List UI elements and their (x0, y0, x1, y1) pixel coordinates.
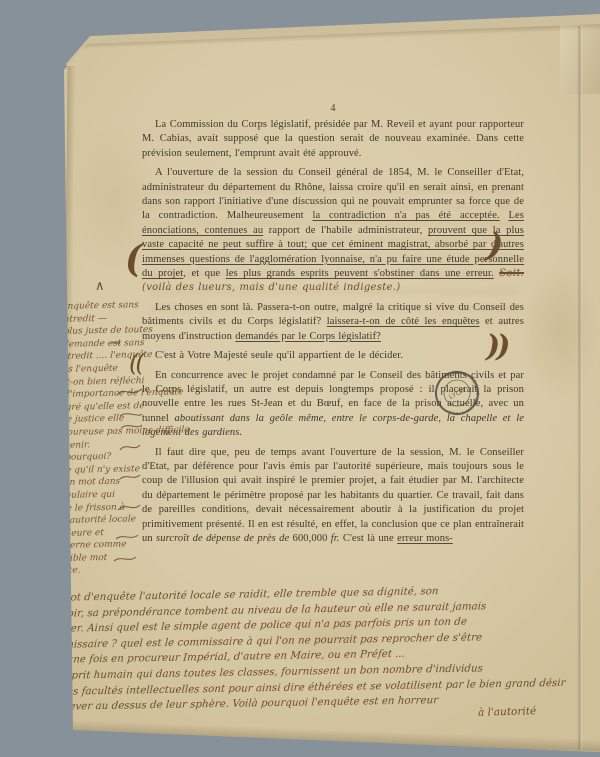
text-run: 600,000 (289, 533, 330, 544)
double-closing-paren-mark: )) (486, 332, 506, 362)
ink-squiggle (118, 470, 142, 484)
document-page: 4 La Commission du Corps législatif, pré… (0, 0, 600, 757)
paragraph-2: A l'ouverture de la session du Conseil g… (142, 166, 524, 296)
ink-squiggle (114, 530, 140, 544)
underlined-text: les plus grands esprits peuvent s'obstin… (226, 268, 494, 279)
ink-squiggle (118, 410, 144, 432)
italic-text: fr. (331, 533, 340, 544)
ink-squiggle (118, 440, 142, 454)
arrow-mark: → (110, 337, 121, 350)
italic-text: surcroît de dépense de près de (156, 533, 289, 544)
stamp-center-text: LYON (448, 387, 467, 401)
ink-squiggle (115, 384, 145, 400)
handwritten-inline-note: (voilà des lueurs, mais d'une qualité in… (142, 282, 400, 293)
paragraph-1: La Commission du Corps législatif, prési… (142, 118, 524, 161)
underlined-text: erreur mons- (397, 533, 453, 544)
paragraph-3: Les choses en sont là. Passera-t-on outr… (142, 301, 524, 344)
paper-edge-bottom (70, 720, 600, 751)
underlined-text: demandés par le Corps législatif? (235, 331, 381, 342)
handwritten-bottom-note: Au mot d'enquête l'autorité locale se ra… (35, 581, 592, 715)
caret-mark: ∧ (95, 280, 105, 293)
ink-squiggle (116, 500, 142, 514)
printed-text-column: La Commission du Corps législatif, prési… (142, 118, 524, 551)
text-run: , et que (183, 268, 225, 279)
page-number: 4 (142, 103, 524, 114)
opening-paren-mark: ( (125, 240, 142, 278)
scanned-document-photo: 4 La Commission du Corps législatif, pré… (0, 0, 600, 757)
underlined-text: laissera-t-on de côté les enquêtes (327, 316, 480, 327)
text-run: C'est là une (340, 533, 398, 544)
underlined-text: la contradiction n'a pas été acceptée. (312, 210, 499, 221)
handwritten-bottom-signoff: à l'autorité (478, 705, 537, 719)
text-run: C'est à Votre Majesté seule qu'il appart… (155, 350, 403, 361)
text-run: rapport de l'habile administrateur, (263, 225, 428, 236)
text-run: La Commission du Corps législatif, prési… (142, 119, 524, 159)
paragraph-6: Il faut dire que, peu de temps avant l'o… (142, 446, 524, 547)
text-run (500, 210, 509, 221)
ink-squiggle (112, 552, 138, 566)
double-opening-paren-mark: (( (129, 351, 142, 375)
handwritten-struck-word: Soit. (499, 268, 524, 279)
text-run: Il faut dire que, peu de temps avant l'o… (142, 447, 524, 544)
paper-stain (520, 260, 600, 400)
